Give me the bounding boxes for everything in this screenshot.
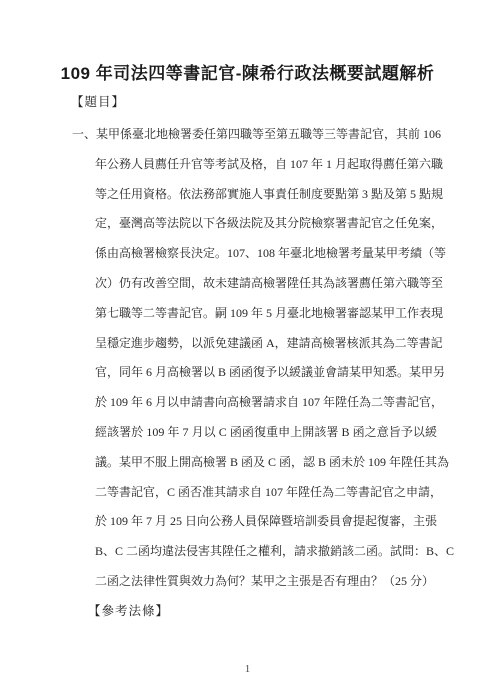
question-line: 官，同年 6 月高檢署以 B 函函復予以緩議並會請某甲知悉。某甲另 — [72, 358, 437, 388]
question-line: 二函之法律性質與效力為何？某甲之主張是否有理由？（25 分） — [72, 567, 437, 597]
question-text-block: 一、某甲係臺北地檢署委任第四職等至第五職等三等書記官，其前 106年公務人員薦任… — [72, 120, 437, 597]
document-title: 109 年司法四等書記官-陳希行政法概要試題解析 — [0, 59, 495, 84]
question-line: 定，臺灣高等法院以下各級法院及其分院檢察署書記官之任免案， — [72, 209, 437, 239]
question-line: 第七職等二等書記官。嗣 109 年 5 月臺北地檢署審認某甲工作表現 — [72, 299, 437, 329]
question-line: 於 109 年 7 月 25 日向公務人員保障暨培訓委員會提起復審，主張 — [72, 507, 437, 537]
question-line: 係由高檢署檢察長決定。107、108 年臺北地檢署考量某甲考績（等 — [72, 239, 437, 269]
question-line: 等之任用資格。依法務部實施人事責任制度要點第 3 點及第 5 點規 — [72, 180, 437, 210]
question-line: 一、某甲係臺北地檢署委任第四職等至第五職等三等書記官，其前 106 — [72, 120, 437, 150]
question-line: 年公務人員薦任升官等考試及格，自 107 年 1 月起取得薦任第六職 — [72, 150, 437, 180]
question-line: 於 109 年 6 月以申請書向高檢署請求自 107 年陞任為二等書記官， — [72, 388, 437, 418]
question-line: 呈穩定進步趨勢，以派免建議函 A，建請高檢署核派其為二等書記 — [72, 329, 437, 359]
question-line: 次）仍有改善空間，故未建請高檢署陞任其為該署薦任第六職等至 — [72, 269, 437, 299]
reference-statutes-label: 【參考法條】 — [88, 604, 169, 619]
question-line: 經該署於 109 年 7 月以 C 函函復重申上開該署 B 函之意旨予以緩 — [72, 418, 437, 448]
question-line: 議。某甲不服上開高檢署 B 函及 C 函，認 B 函未於 109 年陞任其為 — [72, 448, 437, 478]
question-section-label: 【題目】 — [71, 95, 125, 110]
page-number: 1 — [0, 663, 495, 675]
document-page: 109 年司法四等書記官-陳希行政法概要試題解析 【題目】 一、某甲係臺北地檢署… — [0, 0, 495, 700]
question-line: 二等書記官，C 函否准其請求自 107 年陞任為二等書記官之申請， — [72, 478, 437, 508]
question-line: B、C 二函均違法侵害其陞任之權利，請求撤銷該二函。試問：B、C — [72, 537, 437, 567]
